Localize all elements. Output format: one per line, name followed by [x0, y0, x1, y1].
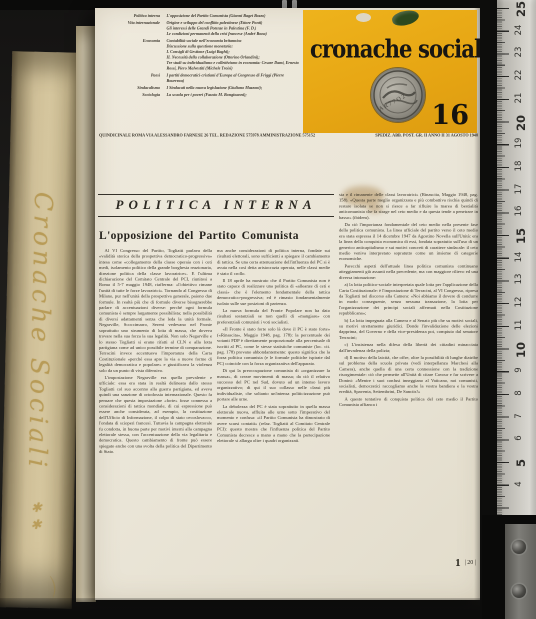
paragraph: Di qui la preoccupazione comunista di «o… [217, 368, 330, 402]
ruler-number: 6 [514, 430, 524, 446]
paragraph: c) L'insistenza nella difesa della liber… [339, 342, 478, 353]
paragraph: Da ciò l'importanza fondamentale del cet… [339, 222, 478, 262]
ruler-number: 17 [514, 181, 524, 197]
magazine-title: cronache sociali [310, 35, 470, 64]
toc-label: Economia [99, 38, 160, 71]
paragraph: b) La lotta impegnata alla Camera e al S… [339, 318, 478, 341]
toc-row: EconomiaContabilità sociale nell'economi… [99, 38, 301, 71]
paragraph: sta e il rimanente delle classi lavoratr… [339, 192, 478, 221]
paragraph: A questo tentativo di conquista politica… [339, 396, 478, 407]
toc-row: Politica internaL'opposizione del Partit… [99, 13, 301, 19]
toc-entry: L'opposizione del Partito Comunista (Gia… [167, 13, 300, 19]
ruler-number: 9 [514, 362, 524, 378]
postal-stamp-icon: A R 7 7 O 2 [371, 68, 425, 122]
toc: Politica internaL'opposizione del Partit… [99, 13, 301, 125]
green-sticker [391, 8, 421, 28]
toc-row: PaesiI partiti democratici-cristiani d'E… [99, 73, 301, 84]
spine-title: Cronache Sociali ✱✱ [20, 192, 59, 613]
toc-list: Politica internaL'opposizione del Partit… [99, 13, 301, 98]
spine-flourish: ⌒ [28, 574, 62, 600]
toc-entry: I partiti democratici-cristiani d'Europa… [167, 73, 300, 84]
article-title: L'opposizione del Partito Comunista [99, 230, 299, 242]
ruler-number: 25 [514, 1, 528, 17]
toc-row: SociologiaLa scuola per i poveri (Fausto… [99, 92, 301, 98]
book-spine: Cronache Sociali ✱✱ ⌒ [0, 51, 84, 608]
toc-entry: I Sindacati nella nuova legislazione (Gi… [167, 85, 300, 91]
paragraph: La nuova formula del Fronte Popolare non… [217, 308, 330, 325]
imprint-postal: SPEDIZ. ABB. POST. GR. II ANNO II 31 AGO… [375, 133, 478, 138]
paragraph: «Il Fronte è stato forte solo là dove il… [217, 327, 330, 367]
magazine-pages-edge [76, 26, 96, 602]
paragraph: a) la lotta politico-sociale interpretat… [339, 282, 478, 316]
page-number-main: 1 [455, 557, 461, 569]
ruler-number: 23 [514, 44, 524, 60]
ruler-scale: 25242322212019181716151413121110987654 [497, 0, 536, 524]
ruler: 25242322212019181716151413121110987654 [497, 0, 536, 524]
imprint-line: QUINDICINALE ROMA VIA ALESSANDRO FARNESE… [99, 133, 478, 143]
toc-label: Vita internazionale [99, 20, 160, 37]
spine-title-text: Cronache Sociali [23, 192, 58, 472]
issue-number: 16 [431, 100, 469, 131]
paragraph: Al VI Congresso del Partito, Togliatti p… [99, 248, 212, 373]
ruler-number: 20 [514, 115, 528, 131]
page-number: 1 | 20 | [455, 553, 476, 571]
ruler-number: 18 [514, 158, 524, 174]
toc-label: Politica interna [99, 13, 160, 19]
paragraph: ma anche considerazioni di politica inte… [217, 248, 330, 277]
toc-entry: Contabilità sociale nell'economia britan… [167, 38, 300, 71]
spine-asterisks: ✱✱ [28, 501, 44, 535]
ruler-number: 15 [514, 228, 528, 244]
toc-entry-line: L'opposizione del Partito Comunista (Gia… [167, 13, 300, 19]
ruler-number: 21 [514, 90, 524, 106]
ruler-number: 13 [514, 271, 524, 287]
column-left: Al VI Congresso del Partito, Togliatti p… [99, 248, 212, 586]
magazine-cover: Politica internaL'opposizione del Partit… [95, 8, 482, 600]
ruler-number: 7 [514, 408, 524, 424]
ruler-number: 8 [514, 385, 524, 401]
header-rule-bottom [98, 216, 334, 217]
page-number-note: | 20 | [465, 560, 476, 566]
toc-label: Sociologia [99, 92, 160, 98]
ruler-number: 19 [514, 135, 524, 151]
toc-label: Sindacalismo [99, 85, 160, 91]
screw-icon [512, 584, 526, 598]
ruler-number: 16 [514, 203, 524, 219]
ruler-number: 5 [514, 455, 528, 471]
toc-entry-line: La scuola per i poveri (Fausto M. Bongio… [167, 92, 300, 98]
paragraph: d) Il motivo della laicità, che offre, o… [339, 355, 478, 395]
toc-entry-line: Le condizioni permanenti della crisi fra… [167, 31, 300, 37]
column-middle: ma anche considerazioni di politica inte… [217, 248, 330, 586]
ruler-number: 12 [514, 294, 524, 310]
toc-entry-line: Tre studi su individualismo e collettivi… [167, 60, 300, 71]
photo-bottom-edge [0, 598, 482, 619]
paragraph: Il 18 aprile ha mostrato che il Partito … [217, 278, 330, 307]
ruler-number: 14 [514, 249, 524, 265]
toc-row: SindacalismoI Sindacati nella nuova legi… [99, 85, 301, 91]
paragraph: L'impostazione Negarville era quella pre… [99, 375, 212, 455]
toc-entry-line: I Sindacati nella nuova legislazione (Gi… [167, 85, 300, 91]
column-right: sta e il rimanente delle classi lavoratr… [339, 192, 478, 586]
postal-stamp-graphic: A R 7 7 O 2 [371, 68, 425, 122]
ruler-number: 11 [514, 317, 524, 333]
ruler-stand [505, 524, 536, 619]
masthead: cronache sociali A R 7 7 O 2 16 [303, 10, 477, 133]
screw-icon [512, 540, 526, 554]
ruler-number: 24 [514, 22, 524, 38]
toc-entry: La scuola per i poveri (Fausto M. Bongio… [167, 92, 300, 98]
ruler-number: 22 [514, 67, 524, 83]
toc-label: Paesi [99, 73, 160, 84]
ruler-number: 4 [514, 476, 524, 492]
toc-row: Vita internazionaleOrigine e sviluppo de… [99, 20, 301, 37]
paragraph: La debolezza del PC è stata soprattutto … [217, 404, 330, 444]
toc-entry: Origine e sviluppo del conflitto palesti… [167, 20, 300, 37]
imprint-address: QUINDICINALE ROMA VIA ALESSANDRO FARNESE… [99, 133, 315, 138]
paragraph: Parecchi aspetti dell'attuale linea poli… [339, 263, 478, 280]
header-rule-top [98, 194, 334, 195]
toc-entry-line: I partiti democratici-cristiani d'Europa… [167, 73, 300, 84]
section-header: POLITICA INTERNA [98, 197, 334, 213]
round-sticker [356, 13, 371, 22]
ruler-number: 10 [514, 342, 528, 358]
